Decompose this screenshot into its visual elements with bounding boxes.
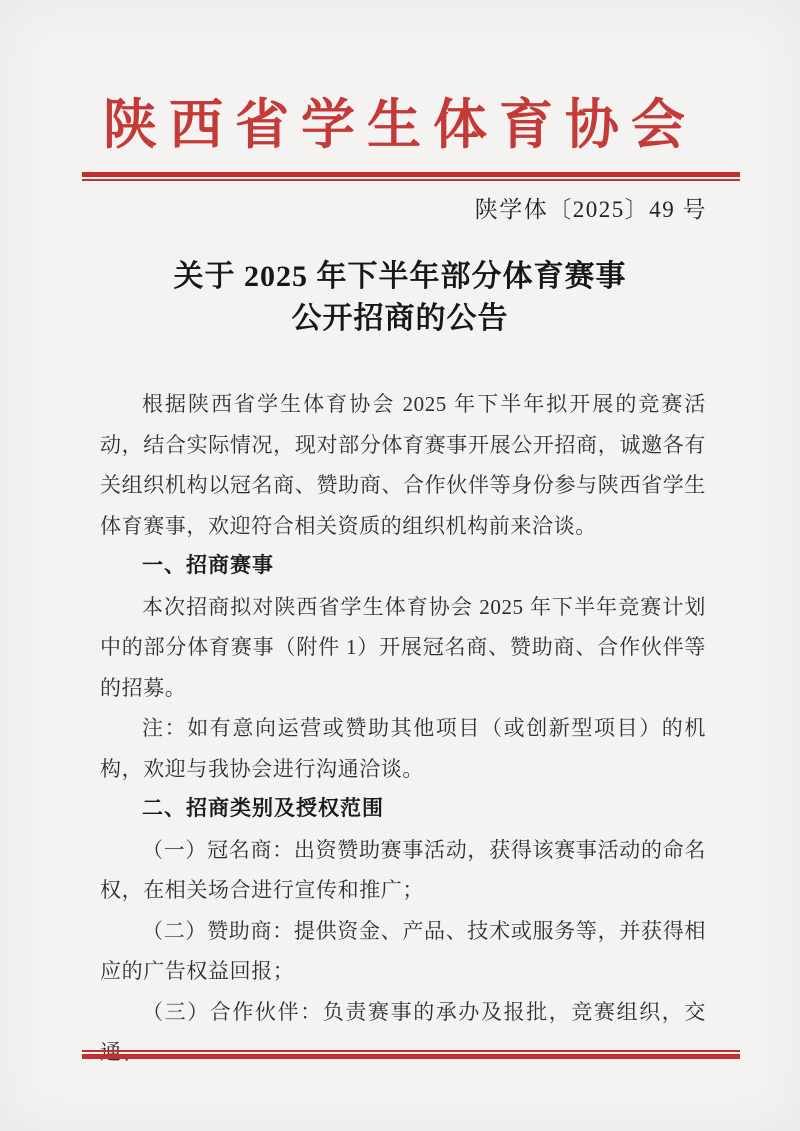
letterhead-org-name: 陕西省学生体育协会 [0, 90, 800, 160]
section-heading-2: 二、招商类别及授权范围 [100, 789, 706, 830]
intro-paragraph: 根据陕西省学生体育协会 2025 年下半年拟开展的竞赛活动，结合实际情况，现对部… [100, 384, 706, 546]
footer-double-rule [82, 1050, 740, 1059]
document-body: 根据陕西省学生体育协会 2025 年下半年拟开展的竞赛活动，结合实际情况，现对部… [100, 384, 706, 1073]
section-1-note-paragraph: 注：如有意向运营或赞助其他项目（或创新型项目）的机构，欢迎与我协会进行沟通洽谈。 [100, 708, 706, 789]
scanned-document-page: 陕西省学生体育协会 陕学体〔2025〕49 号 关于 2025 年下半年部分体育… [0, 0, 800, 1131]
section-heading-1: 一、招商赛事 [100, 546, 706, 587]
section-2-item-1: （一）冠名商：出资赞助赛事活动，获得该赛事活动的命名权，在相关场合进行宣传和推广… [100, 830, 706, 911]
document-number: 陕学体〔2025〕49 号 [475, 194, 707, 226]
document-title-line1: 关于 2025 年下半年部分体育赛事 [0, 256, 800, 298]
section-2-item-3: （三）合作伙伴：负责赛事的承办及报批，竞赛组织，交通、 [100, 992, 706, 1073]
document-title-line2: 公开招商的公告 [0, 298, 800, 340]
letterhead-double-rule [82, 172, 740, 181]
section-2-item-2: （二）赞助商：提供资金、产品、技术或服务等，并获得相应的广告权益回报； [100, 911, 706, 992]
document-title: 关于 2025 年下半年部分体育赛事 公开招商的公告 [0, 256, 800, 340]
section-1-paragraph: 本次招商拟对陕西省学生体育协会 2025 年下半年竞赛计划中的部分体育赛事（附件… [100, 587, 706, 709]
